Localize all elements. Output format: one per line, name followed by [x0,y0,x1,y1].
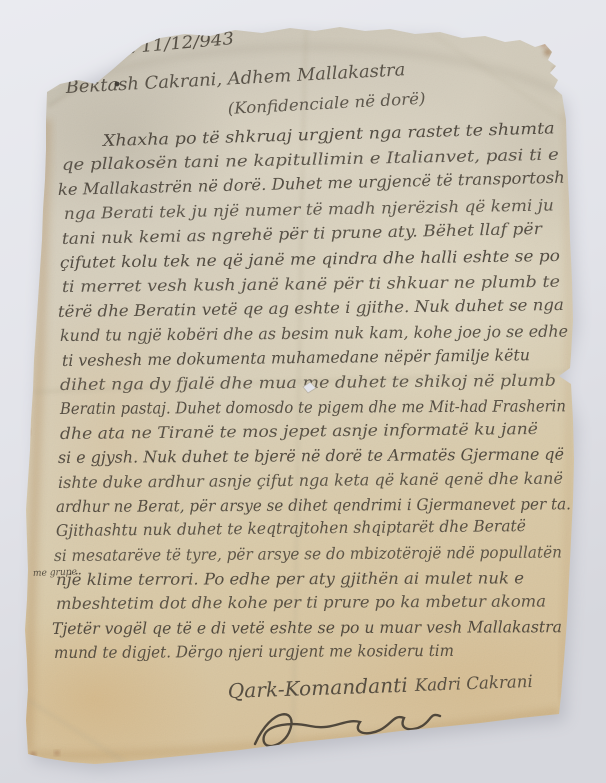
closing-name: Kadri Cakrani [414,672,534,696]
photo-canvas: Berat 11/12/943 Bektash Cakrani, Adhem M… [0,0,606,783]
handwritten-line: mund te digjet. Dërgo njeri urgjent me k… [54,641,454,662]
handwritten-line: një klime terrori. Po edhe per aty gjith… [56,568,524,589]
paper-aging: Berat 11/12/943 Bektash Cakrani, Adhem M… [0,0,606,783]
letter-photograph: Berat 11/12/943 Bektash Cakrani, Adhem M… [0,0,606,783]
handwritten-line: Beratin pastaj. Duhet domosdo te pigem d… [59,396,566,418]
handwritten-line: si e gjysh. Nuk duhet te bjerë në dorë t… [58,444,564,467]
handwritten-line: mbeshtetim dot dhe kohe per ti prure po … [56,591,546,613]
handwritten-line: Tjetër vogël qe të e di vetë eshte se po… [52,617,562,638]
handwritten-line: si mesatarëve të tyre, për arsye se do m… [54,542,562,565]
handwritten-line: ardhur ne Berat, për arsye se dihet qend… [56,494,571,516]
